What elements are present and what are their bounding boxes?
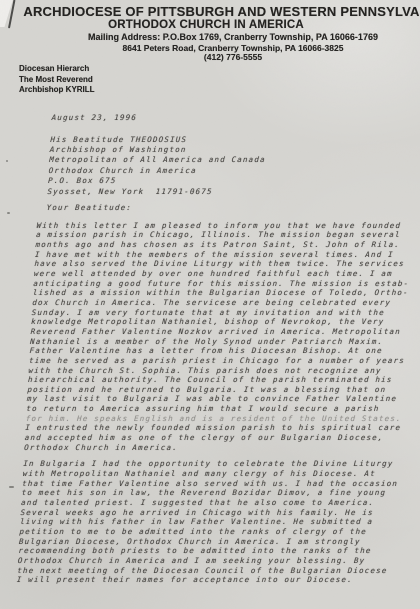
text-line: living with his father in law Father Val… (20, 517, 418, 527)
text-line: His Beatitude THEODOSIUS (50, 135, 420, 145)
text-line: petition to me to be admitted into the r… (19, 527, 417, 537)
text-line: the next meeting of the Diocesan Council… (17, 566, 415, 576)
text-line: position and he returned to Bulgaria. It… (27, 385, 420, 395)
text-line: Sunday. I am very fortunate that at my i… (31, 308, 420, 318)
text-line: I entrusted the newly founded mission pa… (25, 423, 420, 433)
text-line: dox Church in America. The servicese are… (32, 298, 420, 308)
text-line: and talented priest. I suggested that he… (21, 498, 419, 508)
text-line: Archbishop KYRILL (19, 85, 95, 96)
text-line: Reverend Father Valentine Nozkov arrived… (30, 327, 420, 337)
letter-date: August 23, 1996 (51, 113, 420, 123)
text-line: anticipating a good future for this miss… (33, 279, 420, 289)
text-line: months ago and has chosen as its Patron … (35, 240, 420, 250)
text-line: I have met with the members of the missi… (35, 250, 420, 260)
organization-name-line2: ORTHODOX CHURCH IN AMERICA (0, 19, 420, 32)
hierarch-block: Diocesan HierarchThe Most ReverendArchbi… (19, 64, 95, 96)
text-line: knowledge Metropolitan Nathaniel, bishop… (31, 317, 420, 327)
letterhead: ARCHDIOCESE OF PITTSBURGH AND WESTERN PE… (0, 4, 420, 62)
text-line: with Metropolitan Nathaniel and many cle… (22, 469, 420, 479)
text-line: The Most Reverend (19, 75, 95, 86)
mailing-address: Mailing Address: P.O.Box 1769, Cranberry… (0, 32, 420, 43)
paragraph-1: With this letter I am pleased to inform … (24, 221, 420, 453)
salutation: Your Beatitude: (46, 203, 420, 213)
text-line: Syosset, New York 11791-0675 (47, 187, 420, 197)
text-line: for him. He speaks English and is a resi… (25, 414, 420, 424)
text-line: lished as a mission within the Bulgarian… (32, 288, 420, 298)
text-line: Archbishop of Washington (49, 145, 420, 155)
text-line: time he served as a parish priest in Chi… (29, 356, 420, 366)
phone-number: (412) 776-5555 (0, 53, 420, 62)
text-line: Nathaniel is a member of the Holy Synod … (30, 337, 420, 347)
text-line: that time Father Valentine also served w… (22, 479, 420, 489)
text-line: Orthodox Church in America and I am seek… (18, 556, 416, 566)
organization-name-line1: ARCHDIOCESE OF PITTSBURGH AND WESTERN PE… (0, 4, 420, 19)
text-line: and accepted him as one of the clergy of… (24, 433, 420, 443)
text-line: a mission parish in Chicago, Illinois. T… (36, 230, 420, 240)
text-line: to meet his son in law, the Reverend Boz… (21, 488, 419, 498)
text-line: my last visit to Bulgaria I was able to … (27, 394, 420, 404)
text-line: Orthodox Church in America. (24, 443, 420, 453)
text-line: to return to America assuring him that I… (26, 404, 420, 414)
letter-body: August 23, 1996 His Beatitude THEODOSIUS… (0, 110, 420, 585)
paragraph-2: In Bulgaria I had the opportunity to cel… (16, 459, 420, 585)
text-line: Diocesan Hierarch (19, 64, 95, 75)
text-line: Orthodox Church in America (48, 166, 420, 176)
scanned-letter-page: ARCHDIOCESE OF PITTSBURGH AND WESTERN PE… (0, 0, 420, 609)
text-line: I will present their names for acceptanc… (16, 575, 414, 585)
text-line: with the Church St. Sophia. This parish … (28, 366, 420, 376)
text-line: Father Valentine has a letter from his D… (29, 346, 420, 356)
text-line: were well attended by over one hundred f… (34, 269, 420, 279)
text-line: In Bulgaria I had the opportunity to cel… (23, 459, 420, 469)
text-line: Metropolitan of All America and Canada (49, 155, 420, 165)
text-line: P.O. Box 675 (48, 176, 420, 186)
text-line: Bulgarian Diocese, Orthodox Church in Am… (19, 537, 417, 547)
text-line: Several weeks ago he arrived in Chicago … (20, 508, 418, 518)
text-line: hierarchical authority. The Council of t… (28, 375, 420, 385)
text-line: With this letter I am pleased to inform … (36, 221, 420, 231)
text-line: have also served the Divine Liturgy with… (34, 259, 420, 269)
text-line: recommending both priests to be admitted… (18, 546, 416, 556)
recipient-address: His Beatitude THEODOSIUSArchbishop of Wa… (47, 135, 420, 197)
